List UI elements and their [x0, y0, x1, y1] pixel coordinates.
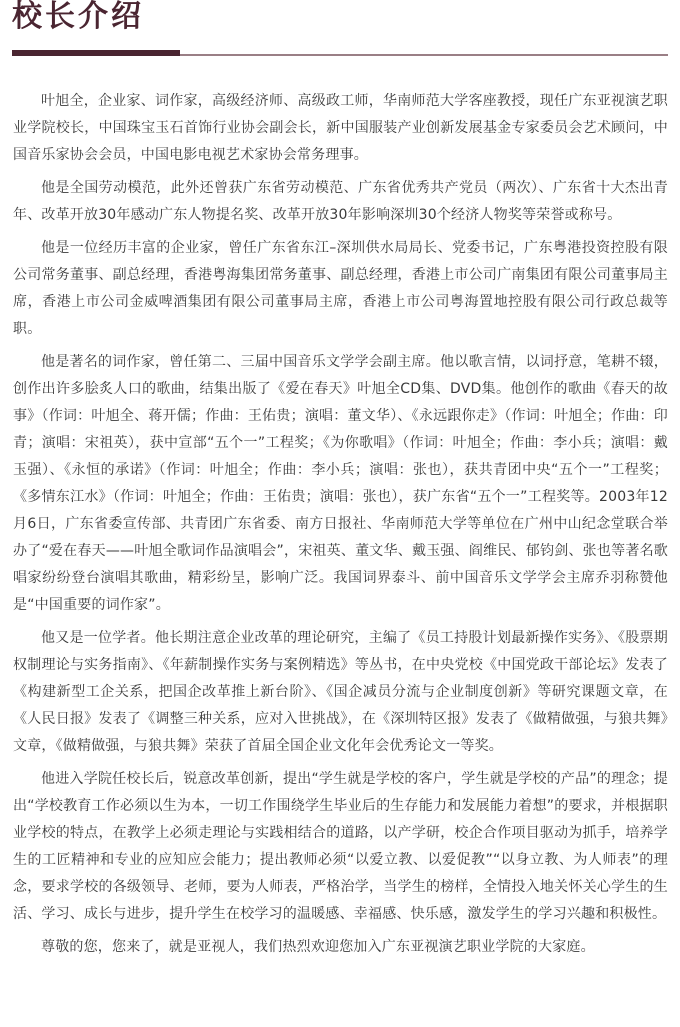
page-header: 校长介绍	[12, 0, 668, 34]
page-title: 校长介绍	[12, 0, 668, 34]
title-divider-accent	[12, 50, 180, 56]
paragraph-lyricist: 他是著名的词作家，曾任第二、三届中国音乐文学学会副主席。他以歌言情，以词抒意，笔…	[13, 349, 668, 619]
paragraph-scholar: 他又是一位学者。他长期注意企业改革的理论研究，主编了《员工持股计划最新操作实务》…	[13, 625, 668, 760]
paragraph-titles: 叶旭全，企业家、词作家，高级经济师、高级政工师，华南师范大学客座教授，现任广东亚…	[13, 88, 668, 169]
paragraph-honors: 他是全国劳动模范，此外还曾获广东省劳动模范、广东省优秀共产党员（两次）、广东省十…	[13, 175, 668, 229]
paragraph-business-career: 他是一位经历丰富的企业家，曾任广东省东江–深圳供水局局长、党委书记，广东粤港投资…	[13, 235, 668, 343]
paragraph-principal-philosophy: 他进入学院任校长后，锐意改革创新，提出“学生就是学校的客户，学生就是学校的产品”…	[13, 766, 668, 928]
paragraph-welcome: 尊敬的您，您来了，就是亚视人，我们热烈欢迎您加入广东亚视演艺职业学院的大家庭。	[13, 934, 668, 961]
principal-introduction: 叶旭全，企业家、词作家，高级经济师、高级政工师，华南师范大学客座教授，现任广东亚…	[13, 88, 668, 967]
